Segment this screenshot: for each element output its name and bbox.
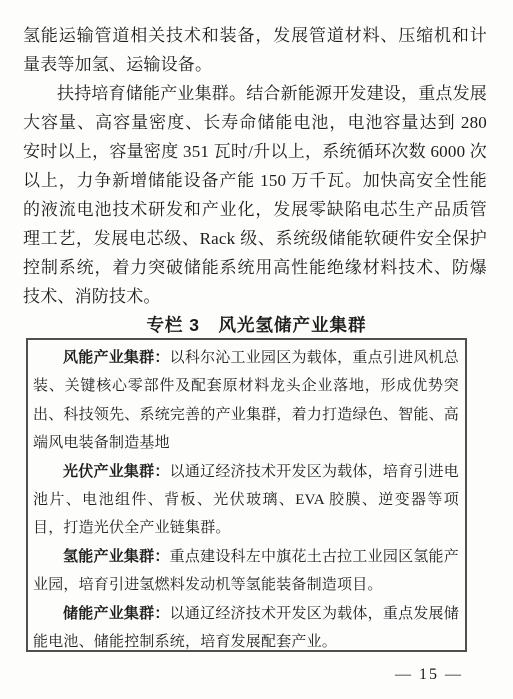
body-paragraph-energy-storage: 扶持培育储能产业集群。结合新能源开发建设，重点发展大容量、高容量密度、长寿命储能… <box>23 79 487 311</box>
box-item-storage-label: 储能产业集群： <box>63 605 170 622</box>
feature-box: 风能产业集群：以科尔沁工业园区为载体，重点引进风机总装、关键核心零部件及配套原材… <box>26 338 467 652</box>
body-paragraph-continuation: 氢能运输管道相关技术和装备，发展管道材料、压缩机和计量表等加氢、运输设备。 <box>23 21 487 79</box>
body-text: 氢能运输管道相关技术和装备，发展管道材料、压缩机和计量表等加氢、运输设备。 扶持… <box>23 21 487 311</box>
box-item-photovoltaic: 光伏产业集群：以通辽经济技术开发区为载体，培育引进电池片、电池组件、背板、光伏玻… <box>33 458 459 543</box>
box-item-hydrogen: 氢能产业集群：重点建设科左中旗花土古拉工业园区氢能产业园，培育引进氢燃料发动机等… <box>33 543 459 600</box>
document-page: 氢能运输管道相关技术和装备，发展管道材料、压缩机和计量表等加氢、运输设备。 扶持… <box>0 0 513 699</box>
box-item-photovoltaic-label: 光伏产业集群： <box>63 463 170 480</box>
page-number: — 15 — <box>395 666 463 684</box>
feature-box-title: 专栏 3 风光氢储产业集群 <box>0 312 513 337</box>
box-item-wind: 风能产业集群：以科尔沁工业园区为载体，重点引进风机总装、关键核心零部件及配套原材… <box>33 344 459 458</box>
box-item-storage: 储能产业集群：以通辽经济技术开发区为载体，重点发展储能电池、储能控制系统，培育发… <box>33 600 459 657</box>
box-item-hydrogen-label: 氢能产业集群： <box>63 548 170 565</box>
box-item-wind-label: 风能产业集群： <box>63 349 170 366</box>
